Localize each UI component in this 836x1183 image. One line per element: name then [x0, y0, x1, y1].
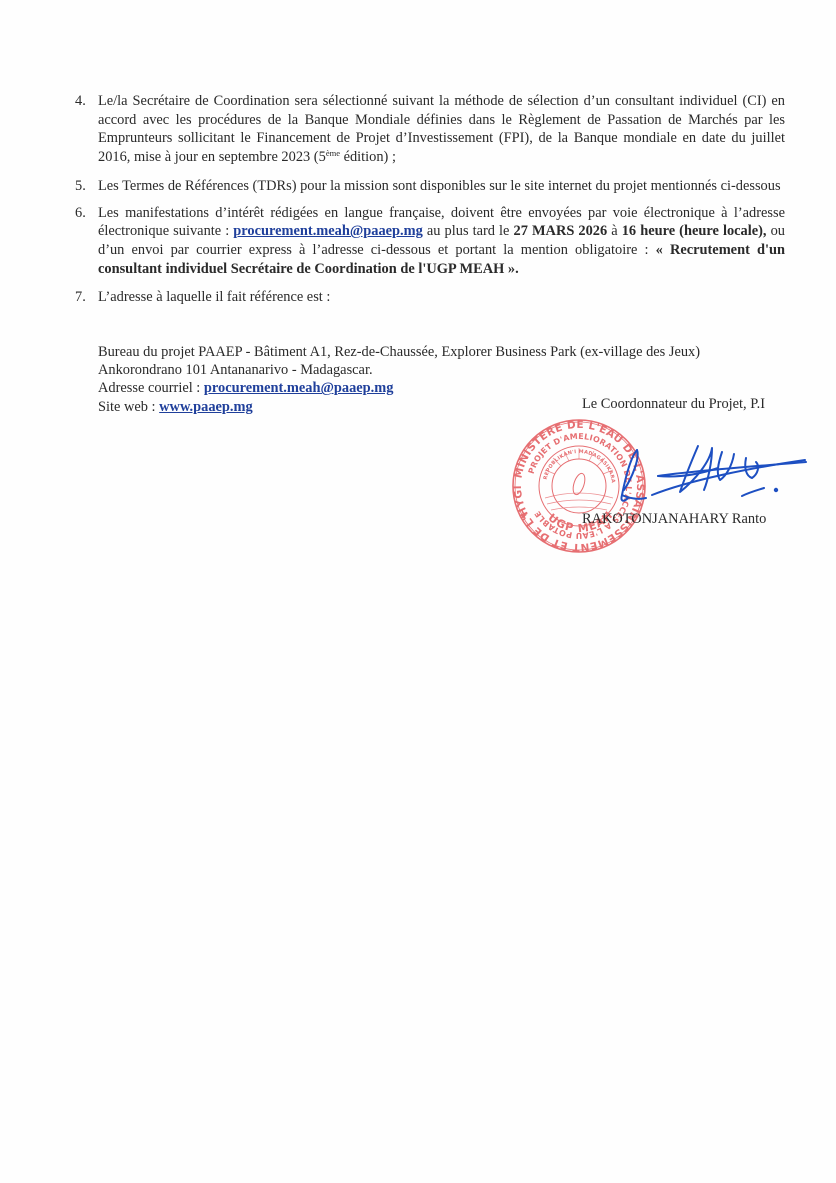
address-email-link[interactable]: procurement.meah@paaep.mg — [204, 380, 394, 396]
web-label: Site web : — [98, 399, 159, 415]
address-email-line: Adresse courriel : procurement.meah@paae… — [98, 379, 700, 397]
website-link[interactable]: www.paaep.mg — [159, 399, 253, 415]
numbered-list: 4. Le/la Secrétaire de Coordination sera… — [75, 92, 785, 317]
item-text: Les Termes de Références (TDRs) pour la … — [98, 177, 785, 196]
list-item-7: 7. L’adresse à laquelle il fait référenc… — [75, 288, 785, 307]
item-text: Le/la Secrétaire de Coordination sera sé… — [98, 92, 785, 167]
list-item-5: 5. Les Termes de Références (TDRs) pour … — [75, 177, 785, 196]
address-line-1: Bureau du projet PAAEP - Bâtiment A1, Re… — [98, 343, 700, 361]
deadline-date: 27 MARS 2026 — [514, 223, 608, 239]
item-text: Les manifestations d’intérêt rédigées en… — [98, 204, 785, 279]
item-number: 4. — [75, 92, 86, 111]
item-text: L’adresse à laquelle il fait référence e… — [98, 288, 785, 307]
email-link[interactable]: procurement.meah@paaep.mg — [233, 223, 423, 239]
list-item-6: 6. Les manifestations d’intérêt rédigées… — [75, 204, 785, 279]
signatory-title: Le Coordonnateur du Projet, P.I — [582, 396, 765, 413]
item-number: 5. — [75, 177, 86, 196]
svg-text:★: ★ — [519, 511, 528, 522]
item-text-part: Le/la Secrétaire de Coordination sera sé… — [98, 93, 785, 165]
document-page: 4. Le/la Secrétaire de Coordination sera… — [0, 0, 836, 1183]
list-item-4: 4. Le/la Secrétaire de Coordination sera… — [75, 92, 785, 167]
signature-icon — [600, 440, 810, 510]
item-text-part: édition) ; — [340, 149, 396, 165]
deadline-time: 16 heure (heure locale), — [622, 223, 767, 239]
item-number: 6. — [75, 204, 86, 223]
superscript: ème — [326, 148, 340, 158]
item-text-part: au plus tard le — [423, 223, 514, 239]
signatory-name: RAKOTONJANAHARY Ranto — [582, 511, 766, 528]
item-text-part: à — [607, 223, 622, 239]
item-number: 7. — [75, 288, 86, 307]
email-label: Adresse courriel : — [98, 380, 204, 396]
address-line-2: Ankorondrano 101 Antananarivo - Madagasc… — [98, 361, 700, 379]
